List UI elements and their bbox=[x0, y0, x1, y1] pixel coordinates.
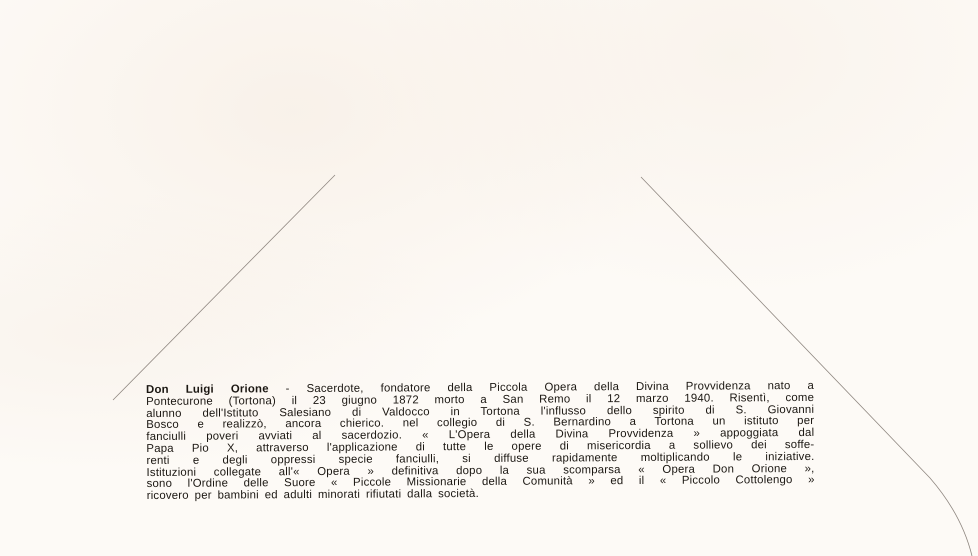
left-flap-edge bbox=[113, 175, 335, 400]
bio-name: Don Luigi Orione bbox=[146, 383, 269, 396]
biography-text-block: Don Luigi Orione - Sacerdote, fondatore … bbox=[146, 381, 815, 503]
envelope-back: Don Luigi Orione - Sacerdote, fondatore … bbox=[0, 0, 978, 556]
